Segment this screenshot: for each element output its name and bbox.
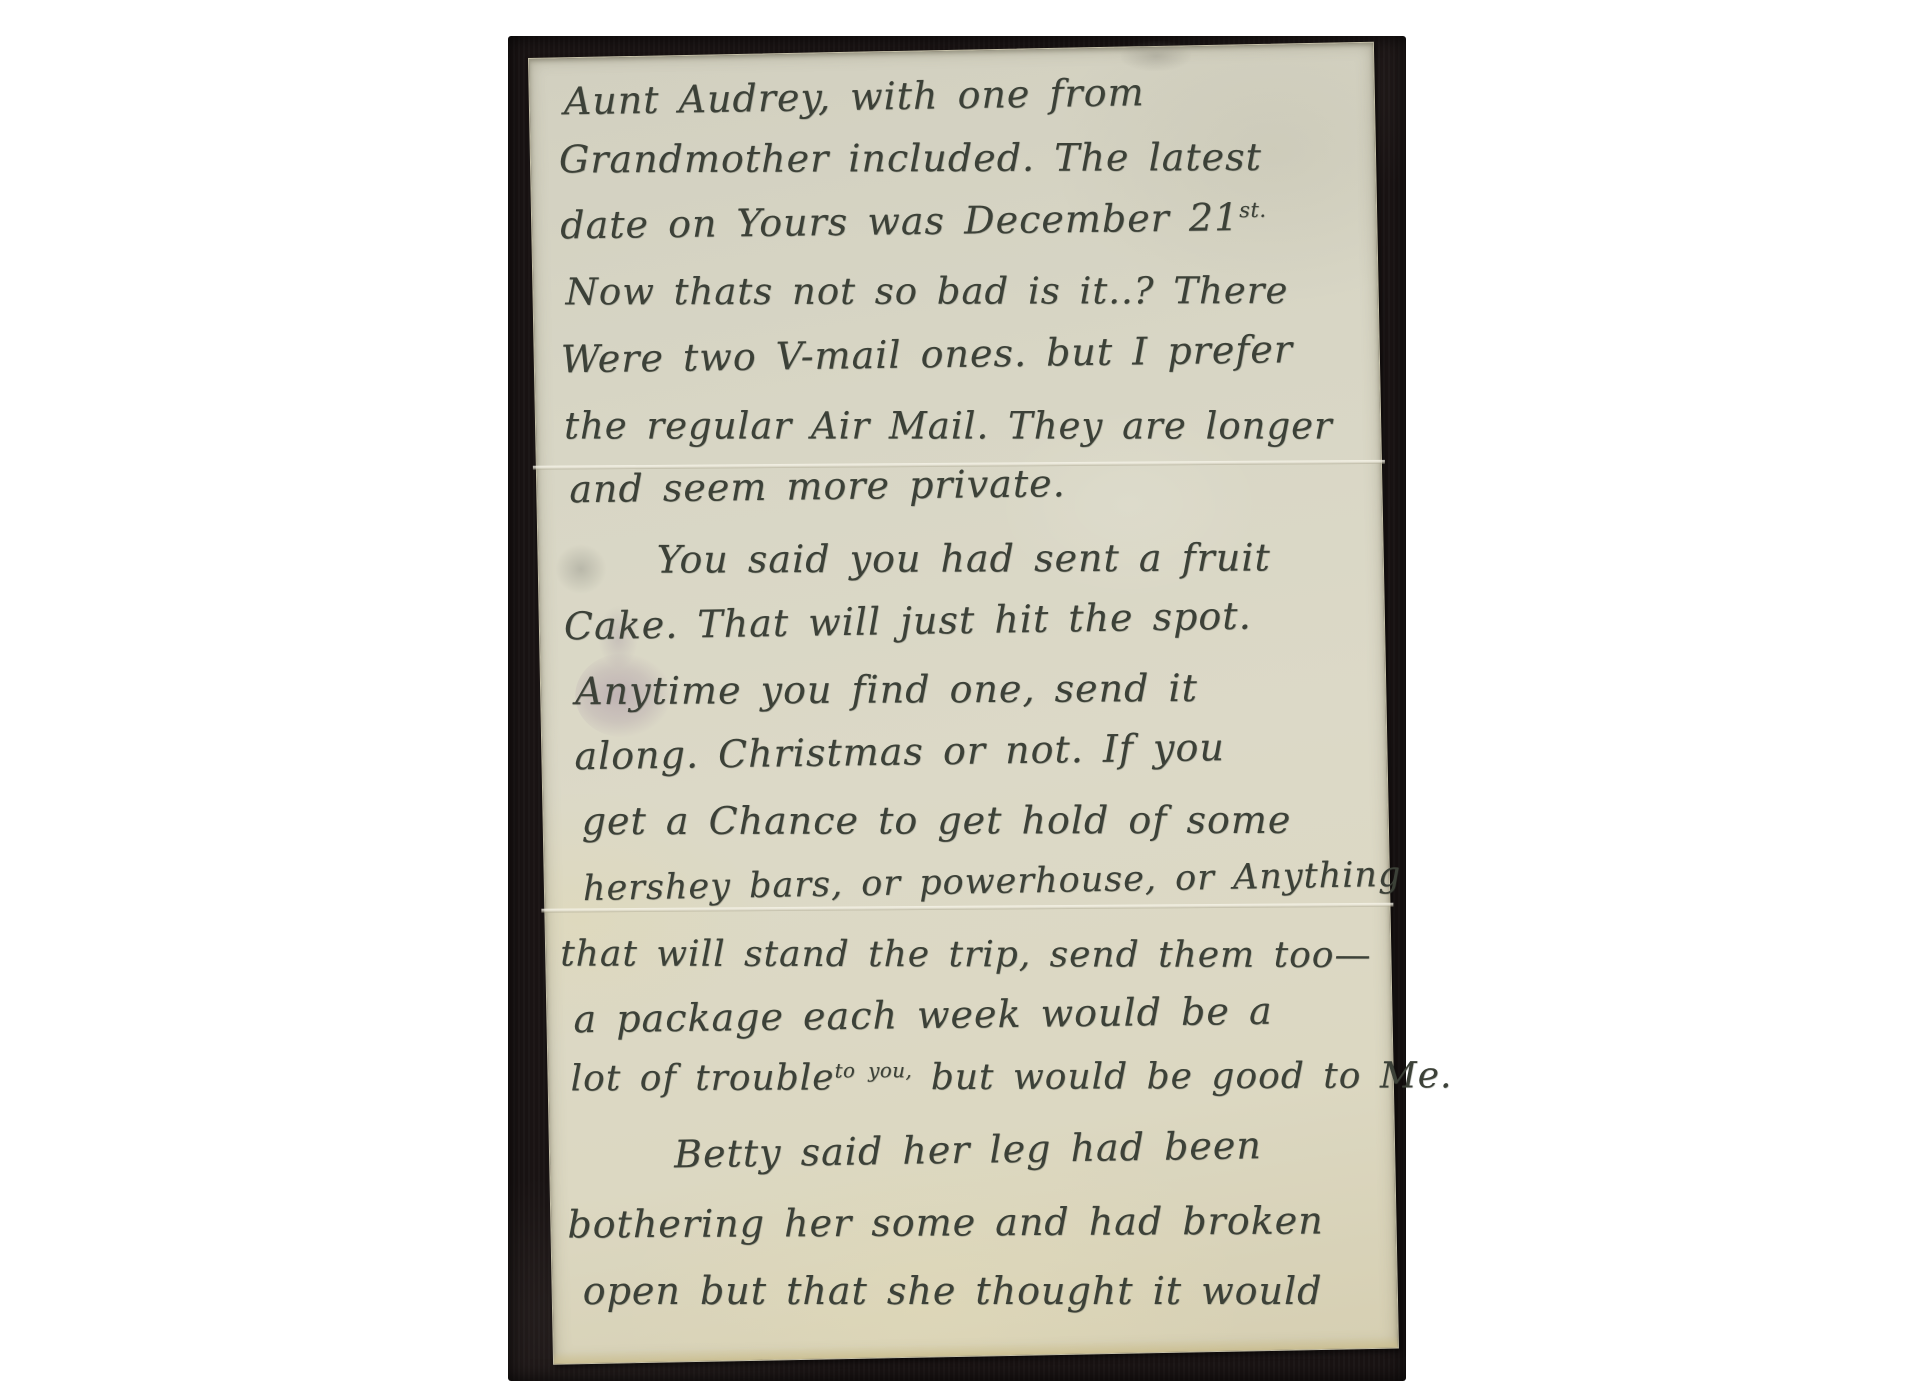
handwriting-line-6: the regular Air Mail. They are longer [564,401,1333,453]
handwriting-line-4: Now thats not so bad is it..? There [565,266,1288,319]
handwriting-line-2: Grandmother included. The latest [559,132,1262,186]
handwriting-line-14: that will stand the trip, send them too— [560,930,1371,983]
paper-edge-wear [554,1336,1398,1364]
handwriting-line-8: You said you had sent a fruit [657,532,1271,586]
handwriting-line-12: get a Chance to get hold of some [582,795,1292,848]
handwriting-line-10: Anytime you find one, send it [575,663,1198,718]
handwriting-line-3: date on Yours was December 21st. [560,192,1267,253]
handwriting-line-5: Were two V-mail ones. but I prefer [560,324,1293,386]
photo-mat: Aunt Audrey, with one from Grandmother i… [508,36,1406,1381]
handwriting-line-18: bothering her some and had broken [567,1195,1324,1251]
handwriting-line-1: Aunt Audrey, with one from [563,67,1145,128]
handwriting-line-17: Betty said her leg had been [674,1120,1263,1181]
handwriting-line-9: Cake. That will just hit the spot. [564,591,1252,654]
handwriting-line-16: lot of troubleto you, but would be good … [571,1051,1453,1106]
ink-smudge-gray [554,544,607,595]
handwriting-line-11: along. Christmas or not. If you [574,722,1225,783]
handwriting-line-15: a package each week would be a [573,986,1273,1047]
handwriting-line-19: open but that she thought it would [583,1266,1323,1318]
letter-page: Aunt Audrey, with one from Grandmother i… [528,42,1399,1365]
handwriting-line-7: and seem more private. [569,458,1066,516]
